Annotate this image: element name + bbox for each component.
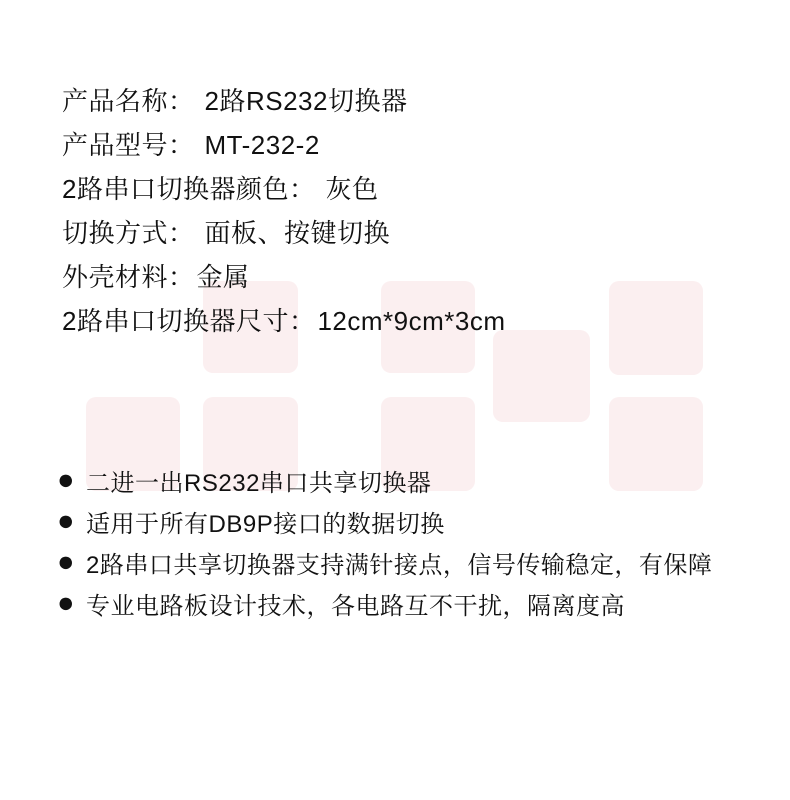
product-spec-list: 产品名称：2路RS232切换器 产品型号：MT-232-2 2路串口切换器颜色：… <box>62 79 506 343</box>
spec-line-switch-method: 切换方式：面板、按键切换 <box>62 211 506 255</box>
spec-label: 切换方式： <box>62 218 195 248</box>
feature-text: 二进一出RS232串口共享切换器 <box>86 463 431 498</box>
spec-line-shell-material: 外壳材料：金属 <box>62 255 506 299</box>
feature-list: ●二进一出RS232串口共享切换器 ●适用于所有DB9P接口的数据切换 ●2路串… <box>57 460 712 624</box>
decor-tile <box>609 281 703 375</box>
product-description-panel: 产品名称：2路RS232切换器 产品型号：MT-232-2 2路串口切换器颜色：… <box>0 0 790 800</box>
spec-label: 产品型号： <box>62 130 195 160</box>
spec-line-dimensions: 2路串口切换器尺寸：12cm*9cm*3cm <box>62 299 506 343</box>
bullet-icon: ● <box>57 466 75 495</box>
feature-text: 2路串口共享切换器支持满针接点，信号传输稳定，有保障 <box>86 545 712 580</box>
spec-line-product-name: 产品名称：2路RS232切换器 <box>62 79 506 123</box>
decor-tile <box>493 330 590 422</box>
spec-label: 外壳材料： <box>62 262 195 292</box>
bullet-icon: ● <box>57 507 75 536</box>
spec-value: 金属 <box>197 262 250 292</box>
feature-item: ●2路串口共享切换器支持满针接点，信号传输稳定，有保障 <box>57 542 712 583</box>
spec-value: 2路RS232切换器 <box>205 86 408 116</box>
spec-value: 灰色 <box>325 174 378 204</box>
feature-text: 适用于所有DB9P接口的数据切换 <box>86 504 445 539</box>
spec-value: 12cm*9cm*3cm <box>317 306 505 336</box>
bullet-icon: ● <box>57 589 75 618</box>
bullet-icon: ● <box>57 548 75 577</box>
spec-label: 产品名称： <box>62 86 195 116</box>
spec-label: 2路串口切换器颜色： <box>62 174 315 204</box>
feature-text: 专业电路板设计技术，各电路互不干扰，隔离度高 <box>86 586 625 621</box>
feature-item: ●二进一出RS232串口共享切换器 <box>57 460 712 501</box>
spec-line-color: 2路串口切换器颜色：灰色 <box>62 167 506 211</box>
feature-item: ●专业电路板设计技术，各电路互不干扰，隔离度高 <box>57 583 712 624</box>
spec-label: 2路串口切换器尺寸： <box>62 306 315 336</box>
feature-item: ●适用于所有DB9P接口的数据切换 <box>57 501 712 542</box>
spec-value: MT-232-2 <box>205 130 320 160</box>
spec-line-product-model: 产品型号：MT-232-2 <box>62 123 506 167</box>
spec-value: 面板、按键切换 <box>205 218 391 248</box>
